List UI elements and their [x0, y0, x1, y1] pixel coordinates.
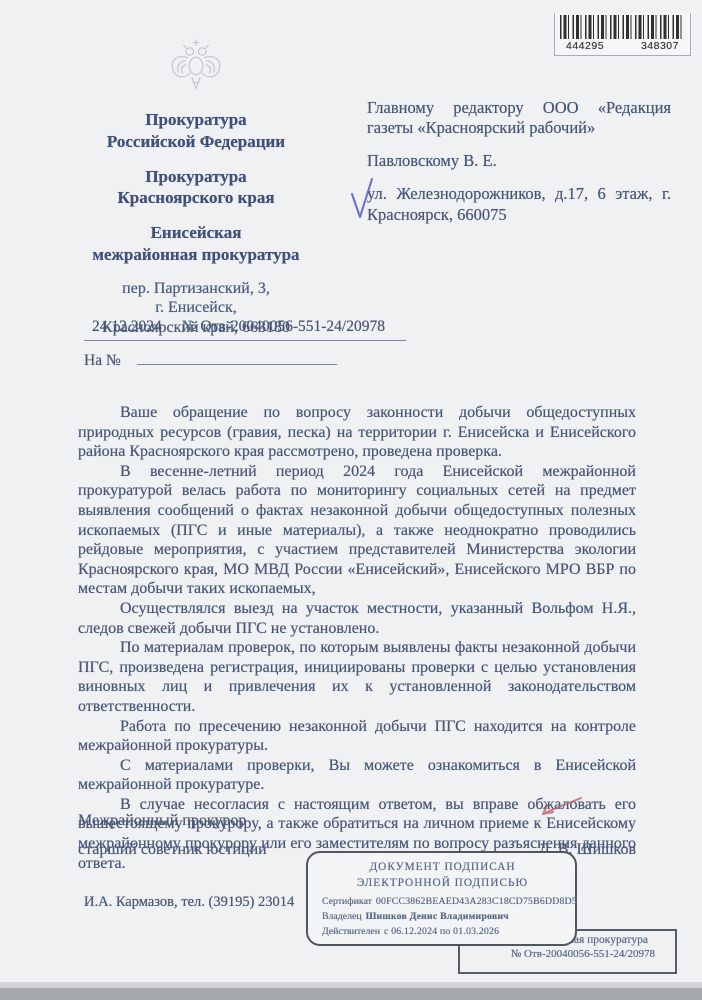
org-name-krai: Прокуратура Красноярского края	[50, 166, 342, 210]
addressee-address: ул. Железнодорожников, д.17, 6 этаж, г. …	[367, 184, 671, 224]
body-paragraph: Осуществлялся выезд на участок местности…	[78, 599, 636, 638]
org-name-federation: Прокуратура Российской Федерации	[50, 109, 342, 153]
body-paragraph: Работа по пресечению незаконной добычи П…	[78, 717, 636, 756]
body-paragraph: По материалам проверок, по которым выявл…	[78, 638, 636, 716]
scan-bottom-edge	[0, 988, 702, 1000]
outgoing-reference: 24.12.2024 № Отв-20040056-551-24/20978	[84, 318, 406, 341]
ref-date: 24.12.2024	[92, 318, 162, 336]
barcode-number-right: 348307	[641, 40, 679, 52]
body-paragraph: С материалами проверки, Вы можете ознако…	[78, 756, 636, 795]
barcode-icon	[560, 15, 685, 39]
org-name-interdistrict: Енисейская межрайонная прокуратура	[50, 222, 342, 266]
signatory-rank: старший советник юстиции	[78, 841, 267, 859]
coat-of-arms-icon	[165, 36, 227, 98]
body-paragraph: Ваше обращение по вопросу законности доб…	[78, 403, 636, 462]
ref-number: № Отв-20040056-551-24/20978	[182, 318, 385, 336]
owner-row: ВладелецШишков Денис Владимирович	[322, 911, 563, 922]
addressee-block: Главному редактору ООО «Редакция газеты …	[367, 98, 671, 225]
incoming-ref-label: На №	[84, 352, 121, 369]
barcode-box: 444295 348307	[554, 13, 691, 56]
scanned-letter-page: 444295 348307 Прокуратура Российской Фед…	[0, 0, 702, 1000]
executor-contact: И.А. Кармазов, тел. (39195) 23014	[84, 894, 294, 911]
checkmark-icon	[349, 176, 375, 222]
certificate-row: Сертификат00FCC3862BEAED43A283C18CD75B6D…	[322, 896, 563, 907]
incoming-ref-blank-line	[137, 351, 337, 365]
esignature-stamp: ДОКУМЕНТ ПОДПИСАН ЭЛЕКТРОННОЙ ПОДПИСЬЮ С…	[306, 851, 577, 946]
validity-row: Действителенс 06.12.2024 по 01.03.2026	[322, 926, 563, 937]
letterhead-block: Прокуратура Российской Федерации Прокура…	[50, 36, 342, 337]
body-paragraph: В весенне-летний период 2024 года Енисей…	[78, 462, 636, 599]
incoming-reference: На №	[84, 351, 337, 370]
addressee-person: Павловскому В. Е.	[367, 151, 671, 171]
esignature-title: ДОКУМЕНТ ПОДПИСАН ЭЛЕКТРОННОЙ ПОДПИСЬЮ	[322, 860, 563, 892]
red-pen-mark-icon	[537, 795, 585, 819]
signatory-position: Межрайонный прокурор	[78, 812, 246, 830]
addressee-organization: Главному редактору ООО «Редакция газеты …	[367, 98, 671, 138]
barcode-number-left: 444295	[566, 40, 604, 52]
registration-stamp-number: № Отв-20040056-551-24/20978	[460, 948, 655, 960]
